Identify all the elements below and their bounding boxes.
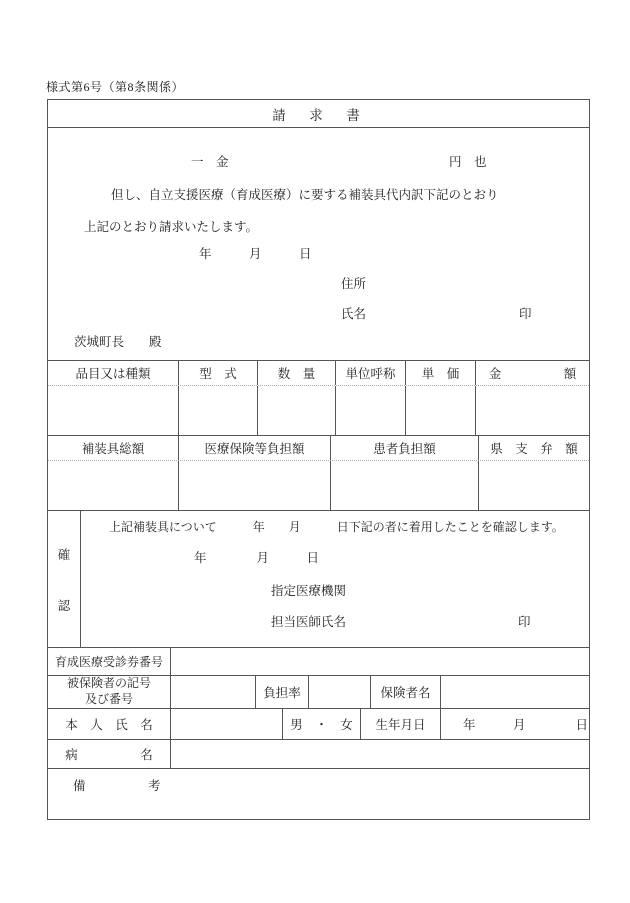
insured-symbol-label-line1: 被保険者の記号 <box>67 676 151 692</box>
amount-unit-label: 円 也 <box>449 155 487 170</box>
item-type-field <box>48 386 179 435</box>
proviso-text: 但し、自立支援医療（育成医療）に要する補装具代内訳下記のとおり <box>111 188 499 203</box>
claim-date-line: 年 月 日 <box>199 247 312 262</box>
col-header-total: 補装具総額 <box>48 436 179 460</box>
col-header-unit: 単位呼称 <box>336 361 406 385</box>
item-table-header-row: 品目又は種類 型 式 数 量 単位呼称 単 価 金 額 <box>48 361 589 386</box>
confirmation-char-1: 確 <box>58 545 71 563</box>
item-table: 品目又は種類 型 式 数 量 単位呼称 単 価 金 額 <box>48 361 589 436</box>
doctor-seal-mark: 印 <box>518 615 531 630</box>
voucher-number-field <box>171 648 589 675</box>
quantity-field <box>258 386 336 435</box>
addressee-line: 茨城町長 殿 <box>74 335 162 350</box>
birth-date-field: 年 月 日 <box>441 709 589 739</box>
prefecture-share-field <box>479 461 589 510</box>
disease-row: 病 名 <box>48 740 589 769</box>
col-header-patient-share: 患者負担額 <box>331 436 479 460</box>
insured-symbol-label-line2: 及び番号 <box>85 692 133 708</box>
claim-form-page: 様式第6号（第8条関係） 請 求 書 一 金 円 也 但し、自立支援医療（育成医… <box>0 0 630 903</box>
confirmation-side-label: 確 認 <box>48 511 81 647</box>
patient-share-field <box>331 461 479 510</box>
col-header-quantity: 数 量 <box>258 361 336 385</box>
burden-rate-field <box>309 676 371 708</box>
totals-table: 補装具総額 医療保険等負担額 患者負担額 県 支 弁 額 <box>48 436 589 511</box>
totals-data-row <box>48 461 589 510</box>
form-title: 請 求 書 <box>48 100 589 128</box>
claimant-name-label: 氏名 <box>341 307 366 322</box>
voucher-number-label: 育成医療受診券番号 <box>48 648 171 675</box>
insurer-name-field <box>441 676 589 708</box>
total-field <box>48 461 179 510</box>
claimant-seal-mark: 印 <box>519 307 532 322</box>
col-header-prefecture-share: 県 支 弁 額 <box>479 436 589 460</box>
confirmation-statement: 上記補装具について 年 月 日下記の者に着用したことを確認します。 <box>109 520 564 534</box>
col-header-model: 型 式 <box>179 361 258 385</box>
confirmation-char-2: 認 <box>58 596 71 614</box>
person-name-field <box>171 709 283 739</box>
person-name-label: 本 人 氏 名 <box>48 709 171 739</box>
doctor-name-label: 担当医師氏名 <box>271 615 346 630</box>
disease-name-field <box>171 740 589 768</box>
amount-field <box>476 386 589 435</box>
insurance-share-field <box>179 461 331 510</box>
form-number-label: 様式第6号（第8条関係） <box>46 78 184 95</box>
burden-rate-label: 負担率 <box>256 676 309 708</box>
claim-statement: 上記のとおり請求いたします。 <box>84 220 258 235</box>
address-label: 住所 <box>341 277 366 292</box>
sex-label: 男 ・ 女 <box>283 709 361 739</box>
remarks-label: 備 考 <box>48 769 589 819</box>
confirmation-date-line: 年 月 日 <box>194 551 319 566</box>
totals-header-row: 補装具総額 医療保険等負担額 患者負担額 県 支 弁 額 <box>48 436 589 461</box>
person-info-row: 本 人 氏 名 男 ・ 女 生年月日 年 月 日 <box>48 709 589 740</box>
disease-name-label: 病 名 <box>48 740 171 768</box>
insured-info-row: 被保険者の記号 及び番号 負担率 保険者名 <box>48 676 589 709</box>
unit-field <box>336 386 406 435</box>
col-header-amount: 金 額 <box>476 361 589 385</box>
amount-prefix-label: 一 金 <box>191 155 229 170</box>
unit-price-field <box>406 386 476 435</box>
remarks-row: 備 考 <box>48 769 589 819</box>
birth-date-label: 生年月日 <box>361 709 441 739</box>
col-header-insurance-share: 医療保険等負担額 <box>179 436 331 460</box>
insurer-name-label: 保険者名 <box>371 676 441 708</box>
voucher-number-row: 育成医療受診券番号 <box>48 648 589 676</box>
col-header-item-type: 品目又は種類 <box>48 361 179 385</box>
col-header-unit-price: 単 価 <box>406 361 476 385</box>
insured-symbol-label: 被保険者の記号 及び番号 <box>48 676 171 708</box>
confirmation-section: 確 認 上記補装具について 年 月 日下記の者に着用したことを確認します。 年 … <box>48 511 589 648</box>
item-table-data-row <box>48 386 589 435</box>
institution-label: 指定医療機関 <box>271 584 346 599</box>
model-field <box>179 386 258 435</box>
claim-body-section: 一 金 円 也 但し、自立支援医療（育成医療）に要する補装具代内訳下記のとおり … <box>48 128 589 361</box>
form-outer-border: 請 求 書 一 金 円 也 但し、自立支援医療（育成医療）に要する補装具代内訳下… <box>47 99 590 820</box>
insured-symbol-field <box>171 676 256 708</box>
